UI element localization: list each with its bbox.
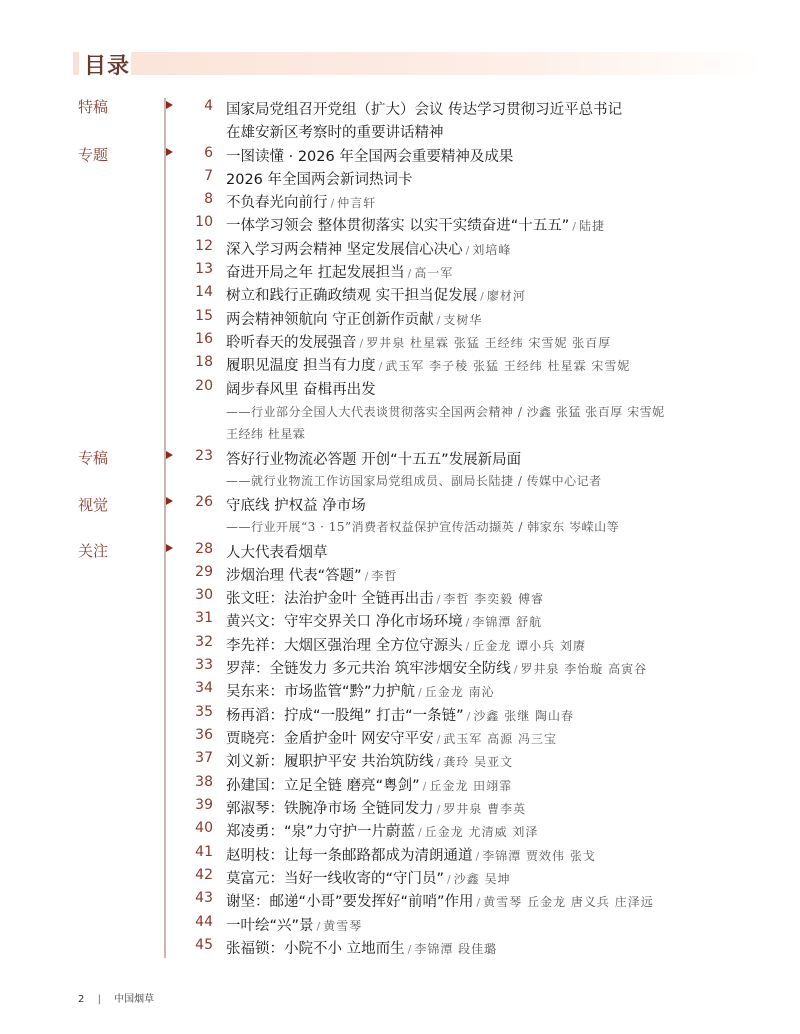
toc-entry[interactable]: 45张福锁：小院不小 立地而生/李锦潭 段佳璐 (0, 937, 800, 959)
page-number: 28 (183, 541, 213, 557)
entry-text: 答好行业物流必答题 开创“十五五”发展新局面 (226, 448, 521, 469)
footer-page-number: 2 (78, 994, 84, 1005)
article-subtitle: ——行业部分全国人大代表谈贯彻落实全国两会精神 / 沙鑫 张猛 张百厚 宋雪妮 (226, 403, 665, 420)
article-title: 谢坚：邮递“小哥”要发挥好“前哨”作用 (226, 894, 474, 910)
page-number: 41 (183, 844, 213, 860)
article-title: 李先祥：大烟区强治理 全方位守源头 (226, 638, 463, 654)
entry-text: 谢坚：邮递“小哥”要发挥好“前哨”作用/黄雪琴 丘金龙 唐义兵 庄泽远 (226, 890, 654, 911)
article-authors: 丘金龙 谭小兵 刘赓 (472, 639, 586, 653)
article-title: 杨再滔：拧成“一股绳” 打击“一条链” (226, 708, 464, 724)
entry-text: 不负春光向前行/仲言轩 (226, 191, 376, 212)
article-title: 吴东来：市场监管“黔”力护航 (226, 684, 415, 700)
page-number: 8 (183, 191, 213, 207)
page-number: 13 (183, 261, 213, 277)
toc-entry[interactable]: 38孙建国：立足全链 磨亮“粤剑”/丘金龙 田翊霏 (0, 774, 800, 796)
page-number: 29 (183, 564, 213, 580)
article-authors: 黄雪琴 (323, 919, 362, 933)
author-separator: / (466, 244, 470, 257)
article-title: 罗萍：全链发力 多元共治 筑牢涉烟安全防线 (226, 661, 511, 677)
page-number: 4 (183, 98, 213, 114)
article-title: 黄兴文：守牢交界关口 净化市场环境 (226, 614, 463, 630)
article-title: 2026 年全国两会新词热词卡 (226, 172, 413, 188)
page-number: 14 (183, 284, 213, 300)
page-number: 18 (183, 354, 213, 370)
entry-text: 国家局党组召开党组（扩大）会议 传达学习贯彻习近平总书记 (226, 98, 622, 119)
page-number: 10 (183, 214, 213, 230)
article-title: 郭淑琴：铁腕净市场 全链同发力 (226, 801, 434, 817)
article-title: 赵明枝：让每一条邮路都成为清朗通道 (226, 848, 473, 864)
page-number: 37 (183, 750, 213, 766)
page-number: 15 (183, 308, 213, 324)
author-separator: / (418, 686, 422, 699)
entry-text: 涉烟治理 代表“答题”/李哲 (226, 564, 397, 585)
toc-entry[interactable]: 12深入学习两会精神 坚定发展信心决心/刘培峰 (0, 238, 800, 260)
page-title: 目录 (84, 49, 130, 80)
toc-entry[interactable]: 41赵明枝：让每一条邮路都成为清朗通道/李锦潭 贾效伟 张戈 (0, 844, 800, 866)
article-title: 郑凌勇：“泉”力守护一片蔚蓝 (226, 824, 415, 840)
article-title: 守底线 护权益 净市场 (226, 498, 366, 514)
entry-text: 2026 年全国两会新词热词卡 (226, 168, 413, 189)
toc-entry[interactable]: 40郑凌勇：“泉”力守护一片蔚蓝/丘金龙 尤清威 刘泽 (0, 820, 800, 842)
article-title: 一图读懂 · 2026 年全国两会重要精神及成果 (226, 149, 513, 165)
article-title: 履职见温度 担当有力度 (226, 358, 376, 374)
author-separator: / (466, 616, 470, 629)
toc-entry[interactable]: 37刘义新：履职护平安 共治筑防线/龚玲 吴亚文 (0, 750, 800, 772)
toc-entry[interactable]: 39郭淑琴：铁腕净市场 全链同发力/罗井泉 曹李英 (0, 797, 800, 819)
article-authors: 武玉军 李子稜 张猛 王经纬 杜星霖 宋雪妮 (385, 359, 630, 373)
author-separator: / (477, 896, 481, 909)
entry-text: 贾晓亮：金盾护金叶 网安守平安/武玉军 高源 冯三宝 (226, 727, 557, 748)
toc-entry[interactable]: 72026 年全国两会新词热词卡 (0, 168, 800, 190)
article-title: 阔步春风里 奋楫再出发 (226, 382, 376, 398)
entry-text: 履职见温度 担当有力度/武玉军 李子稜 张猛 王经纬 杜星霖 宋雪妮 (226, 354, 630, 375)
article-title: 深入学习两会精神 坚定发展信心决心 (226, 242, 463, 258)
article-subtitle: ——行业开展“3 · 15”消费者权益保护宣传活动撷英 / 韩家东 岑嵘山等 (226, 518, 619, 535)
page-number: 26 (183, 494, 213, 510)
article-title: 贾晓亮：金盾护金叶 网安守平安 (226, 731, 434, 747)
article-authors: 廖材河 (487, 289, 526, 303)
article-title: 国家局党组召开党组（扩大）会议 传达学习贯彻习近平总书记 (226, 102, 622, 118)
toc-entry[interactable]: 在雄安新区考察时的重要讲话精神 (0, 121, 800, 143)
author-separator: / (437, 803, 441, 816)
page-number: 6 (183, 145, 213, 161)
page-number: 39 (183, 797, 213, 813)
page-number: 30 (183, 587, 213, 603)
article-title: 奋进开局之年 扛起发展担当 (226, 265, 405, 281)
toc-entry[interactable]: 20阔步春风里 奋楫再出发 (0, 378, 800, 400)
article-authors: 李哲 李奕毅 傅睿 (443, 592, 544, 606)
article-title: 莫富元：当好一线收寄的“守门员” (226, 871, 444, 887)
page-number: 36 (183, 727, 213, 743)
toc-entry[interactable]: 44一叶绘“兴”景/黄雪琴 (0, 914, 800, 936)
page-number: 12 (183, 238, 213, 254)
article-title: 在雄安新区考察时的重要讲话精神 (226, 125, 444, 141)
article-authors: 李锦潭 舒航 (472, 615, 542, 629)
toc-entry[interactable]: 8不负春光向前行/仲言轩 (0, 191, 800, 213)
article-title: 不负春光向前行 (226, 195, 328, 211)
entry-text: 杨再滔：拧成“一股绳” 打击“一条链”/沙鑫 张继 陶山春 (226, 704, 574, 725)
page-number: 45 (183, 937, 213, 953)
toc-entry[interactable]: 6一图读懂 · 2026 年全国两会重要精神及成果 (0, 145, 800, 167)
entry-text: 守底线 护权益 净市场 (226, 494, 366, 515)
article-subtitle: 王经纬 杜星霖 (226, 425, 305, 442)
page-number: 20 (183, 378, 213, 394)
page-number: 40 (183, 820, 213, 836)
author-separator: / (317, 920, 321, 933)
author-separator: / (437, 314, 441, 327)
page-number: 44 (183, 914, 213, 930)
entry-text: 赵明枝：让每一条邮路都成为清朗通道/李锦潭 贾效伟 张戈 (226, 844, 596, 865)
toc-entry[interactable]: 16聆听春天的发展强音/罗井泉 杜星霖 张猛 王经纬 宋雪妮 张百厚 (0, 331, 800, 353)
toc-header: 目录 (73, 52, 763, 75)
entry-text: 黄兴文：守牢交界关口 净化市场环境/李锦潭 舒航 (226, 610, 542, 631)
entry-text: 莫富元：当好一线收寄的“守门员”/沙鑫 吴坤 (226, 867, 511, 888)
author-separator: / (466, 640, 470, 653)
article-title: 人大代表看烟草 (226, 545, 328, 561)
article-authors: 支树华 (443, 313, 482, 327)
article-authors: 高一军 (414, 266, 453, 280)
article-authors: 李哲 (371, 569, 397, 583)
entry-text: 人大代表看烟草 (226, 541, 328, 562)
entry-text: 深入学习两会精神 坚定发展信心决心/刘培峰 (226, 238, 511, 259)
article-authors: 丘金龙 田翊霏 (429, 779, 512, 793)
author-separator: / (437, 756, 441, 769)
footer-publication-name: 中国烟草 (114, 994, 154, 1005)
header-gradient-band (131, 52, 763, 75)
entry-text: 两会精神领航向 守正创新作贡献/支树华 (226, 308, 482, 329)
article-title: 张文旺：法治护金叶 全链再出击 (226, 591, 434, 607)
author-separator: / (480, 290, 484, 303)
article-title: 一体学习领会 整体贯彻落实 以实干实绩奋进“十五五” (226, 218, 569, 234)
toc-entry[interactable]: 4国家局党组召开党组（扩大）会议 传达学习贯彻习近平总书记 (0, 98, 800, 120)
entry-text: 张福锁：小院不小 立地而生/李锦潭 段佳璐 (226, 937, 497, 958)
author-separator: / (447, 873, 451, 886)
toc-entry[interactable]: 43谢坚：邮递“小哥”要发挥好“前哨”作用/黄雪琴 丘金龙 唐义兵 庄泽远 (0, 890, 800, 912)
page-number: 43 (183, 890, 213, 906)
toc-entry[interactable]: 18履职见温度 担当有力度/武玉军 李子稜 张猛 王经纬 杜星霖 宋雪妮 (0, 354, 800, 376)
page-number: 32 (183, 634, 213, 650)
article-authors: 沙鑫 吴坤 (454, 872, 511, 886)
entry-text: 一体学习领会 整体贯彻落实 以实干实绩奋进“十五五”/陆捷 (226, 214, 605, 235)
article-title: 一叶绘“兴”景 (226, 918, 314, 934)
entry-text: 奋进开局之年 扛起发展担当/高一军 (226, 261, 453, 282)
article-authors: 李锦潭 段佳璐 (414, 942, 497, 956)
header-accent-bar (73, 52, 79, 75)
entry-text: 树立和践行正确政绩观 实干担当促发展/廖材河 (226, 284, 526, 305)
page-number: 23 (183, 448, 213, 464)
author-separator: / (437, 593, 441, 606)
author-separator: / (365, 570, 369, 583)
article-authors: 沙鑫 张继 陶山春 (473, 709, 574, 723)
page-number: 33 (183, 657, 213, 673)
author-separator: / (408, 267, 412, 280)
article-authors: 刘培峰 (472, 243, 511, 257)
article-subtitle: ——就行业物流工作访国家局党组成员、副局长陆捷 / 传媒中心记者 (226, 472, 602, 489)
author-separator: / (467, 710, 471, 723)
entry-text: 罗萍：全链发力 多元共治 筑牢涉烟安全防线/罗井泉 李怡璇 高寅谷 (226, 657, 647, 678)
toc-entry[interactable]: 26守底线 护权益 净市场 (0, 494, 800, 516)
author-separator: / (476, 850, 480, 863)
article-title: 张福锁：小院不小 立地而生 (226, 941, 405, 957)
toc-entry[interactable]: 31黄兴文：守牢交界关口 净化市场环境/李锦潭 舒航 (0, 610, 800, 632)
entry-text: 在雄安新区考察时的重要讲话精神 (226, 121, 444, 142)
author-separator: / (331, 197, 335, 210)
toc-entry[interactable]: 42莫富元：当好一线收寄的“守门员”/沙鑫 吴坤 (0, 867, 800, 889)
toc-entry[interactable]: 30张文旺：法治护金叶 全链再出击/李哲 李奕毅 傅睿 (0, 587, 800, 609)
article-title: 涉烟治理 代表“答题” (226, 568, 362, 584)
toc-entry[interactable]: 33罗萍：全链发力 多元共治 筑牢涉烟安全防线/罗井泉 李怡璇 高寅谷 (0, 657, 800, 679)
page-number: 35 (183, 704, 213, 720)
entry-text: 孙建国：立足全链 磨亮“粤剑”/丘金龙 田翊霏 (226, 774, 512, 795)
author-separator: / (418, 826, 422, 839)
toc-entry[interactable]: 13奋进开局之年 扛起发展担当/高一军 (0, 261, 800, 283)
article-authors: 李锦潭 贾效伟 张戈 (482, 849, 596, 863)
article-authors: 龚玲 吴亚文 (443, 755, 513, 769)
article-title: 刘义新：履职护平安 共治筑防线 (226, 754, 434, 770)
article-authors: 罗井泉 李怡璇 高寅谷 (520, 662, 647, 676)
article-authors: 黄雪琴 丘金龙 唐义兵 庄泽远 (483, 895, 653, 909)
page-number: 31 (183, 610, 213, 626)
entry-text: 郑凌勇：“泉”力守护一片蔚蓝/丘金龙 尤清威 刘泽 (226, 820, 538, 841)
article-authors: 陆捷 (579, 219, 605, 233)
toc-entry[interactable]: 14树立和践行正确政绩观 实干担当促发展/廖材河 (0, 284, 800, 306)
author-separator: / (379, 360, 383, 373)
author-separator: / (437, 733, 441, 746)
page-number: 34 (183, 680, 213, 696)
article-title: 聆听春天的发展强音 (226, 335, 357, 351)
entry-text: 李先祥：大烟区强治理 全方位守源头/丘金龙 谭小兵 刘赓 (226, 634, 586, 655)
page-number: 38 (183, 774, 213, 790)
article-title: 孙建国：立足全链 磨亮“粤剑” (226, 778, 420, 794)
toc-entry[interactable]: 28人大代表看烟草 (0, 541, 800, 563)
article-authors: 丘金龙 尤清威 刘泽 (425, 825, 539, 839)
entry-text: 张文旺：法治护金叶 全链再出击/李哲 李奕毅 傅睿 (226, 587, 544, 608)
entry-text: 一叶绘“兴”景/黄雪琴 (226, 914, 362, 935)
article-authors: 丘金龙 南沁 (425, 685, 495, 699)
entry-text: 一图读懂 · 2026 年全国两会重要精神及成果 (226, 145, 513, 166)
article-authors: 武玉军 高源 冯三宝 (443, 732, 557, 746)
article-authors: 罗井泉 曹李英 (443, 802, 526, 816)
page-number: 42 (183, 867, 213, 883)
entry-text: 郭淑琴：铁腕净市场 全链同发力/罗井泉 曹李英 (226, 797, 526, 818)
entry-text: 刘义新：履职护平安 共治筑防线/龚玲 吴亚文 (226, 750, 513, 771)
entry-text: 聆听春天的发展强音/罗井泉 杜星霖 张猛 王经纬 宋雪妮 张百厚 (226, 331, 611, 352)
toc-entry[interactable]: 32李先祥：大烟区强治理 全方位守源头/丘金龙 谭小兵 刘赓 (0, 634, 800, 656)
author-separator: / (572, 220, 576, 233)
entry-text: 阔步春风里 奋楫再出发 (226, 378, 376, 399)
page-footer: 2 | 中国烟草 (78, 990, 154, 1005)
article-authors: 罗井泉 杜星霖 张猛 王经纬 宋雪妮 张百厚 (366, 336, 611, 350)
toc-entry[interactable]: 23答好行业物流必答题 开创“十五五”发展新局面 (0, 448, 800, 470)
toc-entry[interactable]: 10一体学习领会 整体贯彻落实 以实干实绩奋进“十五五”/陆捷 (0, 214, 800, 236)
toc-entry[interactable]: 29涉烟治理 代表“答题”/李哲 (0, 564, 800, 586)
article-title: 树立和践行正确政绩观 实干担当促发展 (226, 288, 477, 304)
author-separator: / (408, 943, 412, 956)
article-authors: 仲言轩 (337, 196, 376, 210)
toc-entry[interactable]: 15两会精神领航向 守正创新作贡献/支树华 (0, 308, 800, 330)
author-separator: / (360, 337, 364, 350)
toc-entry[interactable]: 36贾晓亮：金盾护金叶 网安守平安/武玉军 高源 冯三宝 (0, 727, 800, 749)
page-number: 7 (183, 168, 213, 184)
footer-separator: | (98, 994, 101, 1005)
toc-entry[interactable]: 35杨再滔：拧成“一股绳” 打击“一条链”/沙鑫 张继 陶山春 (0, 704, 800, 726)
entry-text: 吴东来：市场监管“黔”力护航/丘金龙 南沁 (226, 680, 495, 701)
toc-entry[interactable]: 34吴东来：市场监管“黔”力护航/丘金龙 南沁 (0, 680, 800, 702)
author-separator: / (514, 663, 518, 676)
article-title: 答好行业物流必答题 开创“十五五”发展新局面 (226, 452, 521, 468)
page-number: 16 (183, 331, 213, 347)
author-separator: / (423, 780, 427, 793)
article-title: 两会精神领航向 守正创新作贡献 (226, 312, 434, 328)
